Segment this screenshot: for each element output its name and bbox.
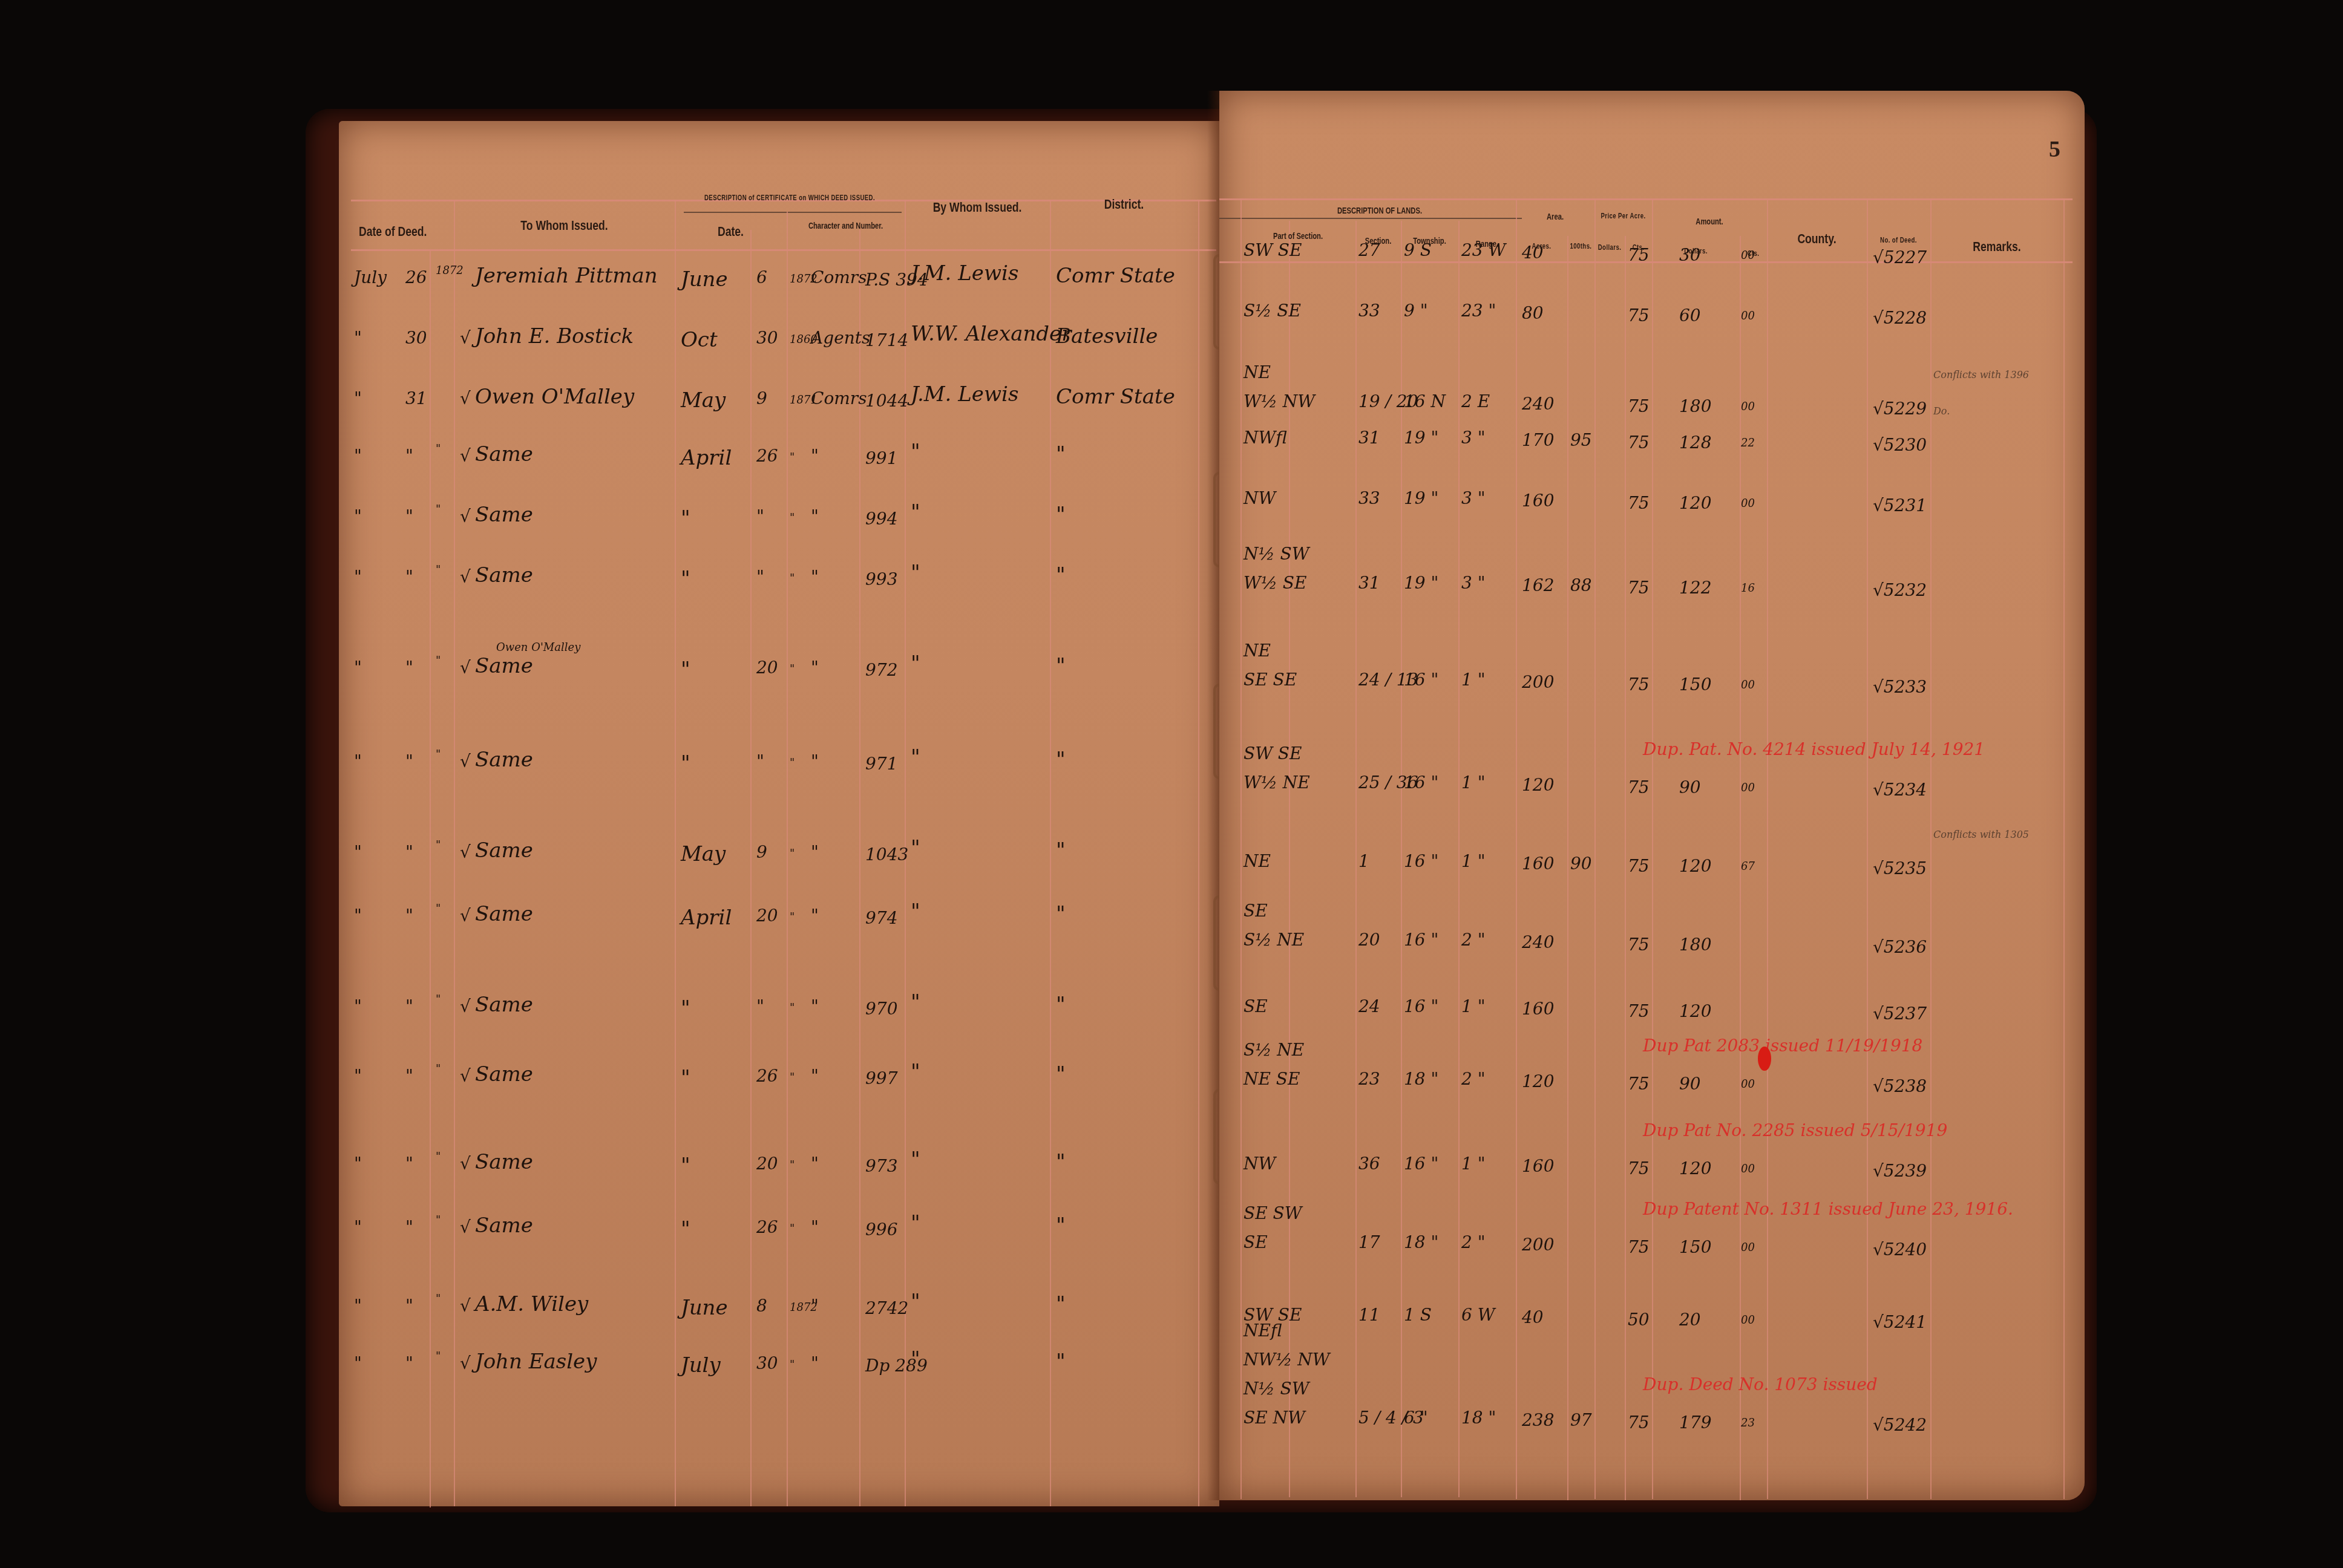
price-cents: 75 xyxy=(1628,307,1650,324)
cert-day: " xyxy=(756,998,764,1015)
cert-month: June xyxy=(681,1298,728,1318)
cert-day: 20 xyxy=(756,659,778,676)
cert-number: 1714 xyxy=(865,332,908,349)
cert-number: 991 xyxy=(865,450,897,467)
check-mark: √ xyxy=(460,1155,471,1172)
amount-cents: 00 xyxy=(1741,1315,1755,1326)
deed-day: " xyxy=(405,659,413,676)
price-cents: 75 xyxy=(1628,1160,1650,1177)
cert-day: 26 xyxy=(756,448,778,465)
header-remarks: Remarks. xyxy=(1944,239,2050,255)
grantee-name: Owen O'Malley xyxy=(475,387,634,407)
check-mark: √ xyxy=(460,1219,471,1236)
header-district: District. xyxy=(1065,197,1184,212)
amount-dollars: 120 xyxy=(1679,1160,1711,1177)
deed-number: √5235 xyxy=(1873,860,1927,877)
rule xyxy=(1930,198,1932,1499)
header-price-dollars: Dollars. xyxy=(1597,243,1622,252)
amount-dollars: 30 xyxy=(1679,247,1701,264)
header-cert-character: Character and Number. xyxy=(799,221,893,230)
section: 17 xyxy=(1358,1234,1380,1251)
deed-day: " xyxy=(405,844,413,861)
grantee-name: Same xyxy=(475,444,533,465)
cert-month: April xyxy=(681,448,732,468)
township: 16 N xyxy=(1404,393,1446,410)
amount-dollars: 180 xyxy=(1679,398,1711,415)
township: 9 S xyxy=(1404,242,1432,259)
district: " xyxy=(1056,995,1066,1015)
cert-character: " xyxy=(811,1219,819,1236)
deed-day: " xyxy=(405,1298,413,1315)
deed-month: " xyxy=(354,659,362,676)
deed-number: √5242 xyxy=(1873,1417,1927,1434)
deed-year: " xyxy=(436,1064,441,1075)
deed-day: " xyxy=(405,569,413,586)
deed-number: √5239 xyxy=(1873,1163,1927,1180)
header-area-group: Area. xyxy=(1524,212,1587,221)
price-cents: 75 xyxy=(1628,580,1650,596)
header-cert-date: Date. xyxy=(686,224,776,240)
deed-month: " xyxy=(354,508,362,525)
deed-month: " xyxy=(354,1298,362,1315)
deed-year: " xyxy=(436,505,441,515)
section: 33 xyxy=(1358,302,1380,319)
part-of-section: SE SE xyxy=(1244,671,1297,688)
issued-by: " xyxy=(911,1349,920,1370)
section: 23 xyxy=(1358,1071,1380,1088)
grantee-name: Same xyxy=(475,1215,533,1236)
cert-number: 1044 xyxy=(865,393,908,410)
amount-dollars: 120 xyxy=(1679,495,1711,512)
deed-year: " xyxy=(436,840,441,851)
grantee-name: Same xyxy=(475,656,533,676)
district: " xyxy=(1056,1152,1066,1172)
issued-by: " xyxy=(911,992,920,1013)
township: 19 " xyxy=(1404,430,1438,446)
cert-month: " xyxy=(681,1068,690,1088)
part-of-section: NW xyxy=(1244,1155,1276,1172)
amount-dollars: 120 xyxy=(1679,858,1711,875)
cert-character: " xyxy=(811,998,819,1015)
township: 16 " xyxy=(1404,1155,1438,1172)
amount-dollars: 20 xyxy=(1679,1312,1701,1328)
check-mark: √ xyxy=(460,1298,471,1315)
check-mark: √ xyxy=(460,569,471,586)
deed-day: " xyxy=(405,508,413,525)
district: Comr State xyxy=(1056,266,1175,286)
part-of-section: NEfl xyxy=(1244,1322,1282,1339)
part-of-section: NW xyxy=(1244,490,1276,507)
acres: 40 xyxy=(1522,1309,1544,1326)
rule xyxy=(1652,198,1653,1499)
remarks: Do. xyxy=(1933,405,1950,417)
amount-dollars: 90 xyxy=(1679,1076,1701,1093)
check-mark: √ xyxy=(460,390,471,407)
amount-dollars: 128 xyxy=(1679,434,1711,451)
issued-by: " xyxy=(911,1213,920,1233)
cert-day: 20 xyxy=(756,1155,778,1172)
acres-hundredths: 97 xyxy=(1570,1412,1592,1429)
township: 16 " xyxy=(1404,932,1438,949)
acres: 240 xyxy=(1522,396,1554,413)
district: " xyxy=(1056,840,1066,861)
price-cents: 75 xyxy=(1628,495,1650,512)
issued-by: J.M. Lewis xyxy=(911,384,1018,405)
part-of-section: W½ NE xyxy=(1244,774,1310,791)
rule xyxy=(1355,221,1357,1497)
part-of-section: SE xyxy=(1244,1234,1268,1251)
deed-month: " xyxy=(354,1219,362,1236)
rule xyxy=(1625,236,1626,1500)
part-of-section: W½ NW xyxy=(1244,393,1315,410)
district: " xyxy=(1056,444,1066,465)
deed-month: " xyxy=(354,907,362,924)
range: 23 " xyxy=(1461,302,1496,319)
district: " xyxy=(1056,750,1066,770)
issued-by: " xyxy=(911,502,920,523)
deed-day: " xyxy=(405,907,413,924)
district: " xyxy=(1056,505,1066,525)
amount-cents: 67 xyxy=(1741,861,1755,872)
cert-year: " xyxy=(790,1224,795,1235)
cert-character: " xyxy=(811,1298,819,1315)
range: 2 " xyxy=(1461,1234,1486,1251)
acres: 200 xyxy=(1522,1236,1554,1253)
amount-cents: 00 xyxy=(1741,1164,1755,1175)
deed-month: " xyxy=(354,569,362,586)
township: 18 " xyxy=(1404,1234,1438,1251)
amount-cents: 00 xyxy=(1741,402,1755,413)
acres: 160 xyxy=(1522,855,1554,872)
cert-day: " xyxy=(756,753,764,770)
cert-character: " xyxy=(811,448,819,465)
township: 9 " xyxy=(1404,302,1428,319)
section: 36 xyxy=(1358,1155,1380,1172)
left-page: Date of Deed. To Whom Issued. DESCRIPTIO… xyxy=(339,121,1219,1506)
cert-month: " xyxy=(681,998,690,1019)
header-date-of-deed: Date of Deed. xyxy=(359,224,422,240)
amount-cents: 00 xyxy=(1741,680,1755,691)
range: 3 " xyxy=(1461,430,1486,446)
issued-by: " xyxy=(911,1062,920,1082)
deed-year: " xyxy=(436,1351,441,1362)
district: " xyxy=(1056,904,1066,924)
deed-number: √5241 xyxy=(1873,1314,1927,1331)
lands-group-rule xyxy=(1219,218,1522,219)
amount-cents: 23 xyxy=(1741,1418,1755,1429)
check-mark: √ xyxy=(460,1068,471,1085)
acres: 170 xyxy=(1522,432,1554,449)
range: 1 " xyxy=(1461,853,1486,870)
district: " xyxy=(1056,1064,1066,1085)
deed-month: " xyxy=(354,330,362,347)
deed-year: " xyxy=(436,995,441,1005)
deed-year: " xyxy=(436,444,441,455)
section: 31 xyxy=(1358,575,1380,592)
cert-day: " xyxy=(756,508,764,525)
acres: 238 xyxy=(1522,1412,1554,1429)
deed-year: " xyxy=(436,1294,441,1305)
deed-day: " xyxy=(405,1068,413,1085)
cert-month: " xyxy=(681,508,690,529)
deed-year: 1872 xyxy=(436,266,464,276)
red-annotation: Dup. Deed No. 1073 issued xyxy=(1643,1374,1878,1394)
deed-month: " xyxy=(354,1155,362,1172)
acres: 120 xyxy=(1522,1073,1554,1090)
header-bottom-rule xyxy=(351,249,1216,251)
section: 20 xyxy=(1358,932,1380,949)
acres: 160 xyxy=(1522,1001,1554,1018)
acres-hundredths: 90 xyxy=(1570,855,1592,872)
part-of-section: W½ SE xyxy=(1244,575,1306,592)
remarks: Conflicts with 1396 xyxy=(1933,369,2029,381)
deed-day: " xyxy=(405,1155,413,1172)
deed-day: 26 xyxy=(405,269,427,286)
grantee-note: Owen O'Malley xyxy=(496,642,580,653)
price-cents: 75 xyxy=(1628,1003,1650,1020)
deed-month: " xyxy=(354,448,362,465)
cert-character: " xyxy=(811,659,819,676)
range: 3 " xyxy=(1461,490,1486,507)
cert-day: 26 xyxy=(756,1219,778,1236)
amount-cents: 16 xyxy=(1741,583,1755,594)
grantee-name: Jeremiah Pittman xyxy=(475,266,658,286)
cert-year: " xyxy=(790,849,795,860)
cert-month: " xyxy=(681,753,690,774)
check-mark: √ xyxy=(460,508,471,525)
cert-month: July xyxy=(681,1355,721,1376)
cert-number: 994 xyxy=(865,511,897,528)
header-certificate-group: DESCRIPTION of CERTIFICATE on WHICH DEED… xyxy=(698,194,882,202)
district: " xyxy=(1056,656,1066,676)
deed-day: 30 xyxy=(405,330,427,347)
part-of-section: NW½ NW xyxy=(1244,1351,1330,1368)
cert-day: 8 xyxy=(756,1298,767,1315)
deed-day: " xyxy=(405,448,413,465)
header-county: County. xyxy=(1777,231,1857,247)
cert-character: Comrs xyxy=(811,269,867,286)
range: 2 " xyxy=(1461,932,1486,949)
section: 11 xyxy=(1358,1307,1380,1324)
header-by-whom-issued: By Whom Issued. xyxy=(919,200,1035,215)
deed-day: " xyxy=(405,1219,413,1236)
cert-character: " xyxy=(811,907,819,924)
district: Batesville xyxy=(1056,326,1158,347)
district: Comr State xyxy=(1056,387,1175,407)
grantee-name: Same xyxy=(475,904,533,924)
header-to-whom-issued: To Whom Issued. xyxy=(476,218,653,234)
district: " xyxy=(1056,1215,1066,1236)
price-cents: 75 xyxy=(1628,779,1650,796)
cert-month: Oct xyxy=(681,330,718,350)
part-of-section: NE xyxy=(1244,642,1271,659)
acres: 160 xyxy=(1522,492,1554,509)
deed-year: " xyxy=(436,1215,441,1226)
deed-number: √5232 xyxy=(1873,582,1927,599)
issued-by: " xyxy=(911,563,920,583)
issued-by: " xyxy=(911,901,920,922)
range: 6 W xyxy=(1461,1307,1495,1324)
rule xyxy=(675,200,676,1506)
cert-day: " xyxy=(756,569,764,586)
acres: 162 xyxy=(1522,577,1554,594)
cert-month: " xyxy=(681,569,690,589)
check-mark: √ xyxy=(460,1355,471,1372)
deed-number: √5233 xyxy=(1873,679,1927,696)
cert-day: 6 xyxy=(756,269,767,286)
rule xyxy=(1767,198,1768,1499)
cert-year: " xyxy=(790,513,795,524)
grantee-name: John E. Bostick xyxy=(475,326,634,347)
part-of-section: S½ NE xyxy=(1244,932,1304,949)
deed-month: " xyxy=(354,1068,362,1085)
rule xyxy=(1050,200,1051,1506)
rule xyxy=(454,200,455,1506)
part-of-section: SE xyxy=(1244,903,1268,920)
issued-by: " xyxy=(911,442,920,462)
deed-day: " xyxy=(405,998,413,1015)
deed-month: " xyxy=(354,998,362,1015)
amount-cents: 00 xyxy=(1741,1079,1755,1090)
acres: 80 xyxy=(1522,305,1544,322)
grantee-name: Same xyxy=(475,505,533,525)
township: 16 " xyxy=(1404,774,1438,791)
cert-group-rule xyxy=(684,212,902,213)
issued-by: J.M. Lewis xyxy=(911,263,1018,284)
grantee-name: Same xyxy=(475,750,533,770)
cert-number: 996 xyxy=(865,1221,897,1238)
cert-month: May xyxy=(681,844,726,864)
cert-number: 970 xyxy=(865,1001,897,1018)
ink-blot xyxy=(1758,1047,1771,1071)
district: " xyxy=(1056,1351,1066,1372)
section: 1 xyxy=(1358,853,1369,870)
district: " xyxy=(1056,1294,1066,1315)
cert-year: " xyxy=(790,758,795,769)
price-cents: 75 xyxy=(1628,1239,1650,1256)
price-cents: 75 xyxy=(1628,1414,1650,1431)
price-cents: 75 xyxy=(1628,398,1650,415)
cert-number: 974 xyxy=(865,910,897,927)
cert-year: " xyxy=(790,912,795,923)
grantee-name: Same xyxy=(475,1152,533,1172)
cert-month: April xyxy=(681,907,732,928)
acres: 160 xyxy=(1522,1158,1554,1175)
red-annotation: Dup. Pat. No. 4214 issued July 14, 1921 xyxy=(1643,739,1985,759)
red-annotation: Dup Pat No. 2285 issued 5/15/1919 xyxy=(1643,1120,1947,1140)
red-annotation: Dup Pat 2083 issued 11/19/1918 xyxy=(1643,1036,1922,1056)
cert-character: Comrs xyxy=(811,390,867,407)
acres-hundredths: 95 xyxy=(1570,432,1592,449)
cert-month: May xyxy=(681,390,726,411)
part-of-section: NE SE xyxy=(1244,1071,1300,1088)
rule xyxy=(430,249,431,1508)
grantee-name: Same xyxy=(475,565,533,586)
part-of-section: N½ SW xyxy=(1244,1380,1309,1397)
check-mark: √ xyxy=(460,448,471,465)
cert-month: " xyxy=(681,1155,690,1176)
cert-year: " xyxy=(790,1073,795,1083)
cert-number: 2742 xyxy=(865,1300,908,1317)
range: 23 W xyxy=(1461,242,1506,259)
price-cents: 75 xyxy=(1628,247,1650,264)
deed-number: √5240 xyxy=(1873,1241,1927,1258)
part-of-section: SE NW xyxy=(1244,1410,1305,1426)
issued-by: " xyxy=(911,1149,920,1170)
issued-by: " xyxy=(911,838,920,858)
amount-dollars: 120 xyxy=(1679,1003,1711,1020)
cert-number: 997 xyxy=(865,1070,897,1087)
header-lands-group: DESCRIPTION OF LANDS. xyxy=(1271,206,1489,215)
cert-year: " xyxy=(790,452,795,463)
price-cents: 75 xyxy=(1628,936,1650,953)
cert-character: " xyxy=(811,1155,819,1172)
acres: 120 xyxy=(1522,777,1554,794)
rule xyxy=(1867,198,1868,1499)
section: 24 xyxy=(1358,998,1380,1015)
deed-number: √5237 xyxy=(1873,1005,1927,1022)
deed-day: " xyxy=(405,1355,413,1372)
cert-number: 971 xyxy=(865,756,897,773)
deed-month: " xyxy=(354,1355,362,1372)
amount-dollars: 60 xyxy=(1679,307,1701,324)
cert-month: " xyxy=(681,1219,690,1240)
amount-dollars: 179 xyxy=(1679,1414,1711,1431)
header-price-group: Price Per Acre. xyxy=(1601,212,1647,220)
deed-year: " xyxy=(436,904,441,915)
cert-year: " xyxy=(790,573,795,584)
amount-cents: 00 xyxy=(1741,250,1755,261)
check-mark: √ xyxy=(460,330,471,347)
check-mark: √ xyxy=(460,659,471,676)
amount-cents: 00 xyxy=(1741,498,1755,509)
cert-month: " xyxy=(681,659,690,680)
header-amount-group: Amount. xyxy=(1663,217,1755,226)
red-annotation: Dup Patent No. 1311 issued June 23, 1916… xyxy=(1643,1199,2013,1219)
cert-character: " xyxy=(811,753,819,770)
part-of-section: SW SE xyxy=(1244,745,1302,762)
deed-year: " xyxy=(436,565,441,576)
cert-day: 26 xyxy=(756,1068,778,1085)
township: 6 " xyxy=(1404,1410,1428,1426)
check-mark: √ xyxy=(460,907,471,924)
part-of-section: S½ SE xyxy=(1244,302,1301,319)
deed-number: √5227 xyxy=(1873,249,1927,266)
rule xyxy=(1401,221,1402,1497)
cert-number: 973 xyxy=(865,1158,897,1175)
check-mark: √ xyxy=(460,753,471,770)
header-top-rule xyxy=(1219,198,2073,200)
cert-character: " xyxy=(811,1355,819,1372)
rule xyxy=(1198,200,1199,1506)
acres: 40 xyxy=(1522,244,1544,261)
deed-month: " xyxy=(354,753,362,770)
rule xyxy=(1567,236,1568,1500)
page-number: 5 xyxy=(2049,136,2060,163)
cert-day: 9 xyxy=(756,844,767,861)
cert-number: 972 xyxy=(865,662,897,679)
rule xyxy=(1458,221,1460,1497)
part-of-section: SE xyxy=(1244,998,1268,1015)
right-page: 5 DESCRIPTION OF LANDS. Part of Section.… xyxy=(1219,91,2085,1500)
section: 27 xyxy=(1358,242,1380,259)
township: 19 " xyxy=(1404,575,1438,592)
rule xyxy=(750,230,752,1506)
remarks: Conflicts with 1305 xyxy=(1933,829,2029,840)
grantee-name: Same xyxy=(475,1064,533,1085)
grantee-name: Same xyxy=(475,995,533,1015)
part-of-section: NE xyxy=(1244,853,1271,870)
